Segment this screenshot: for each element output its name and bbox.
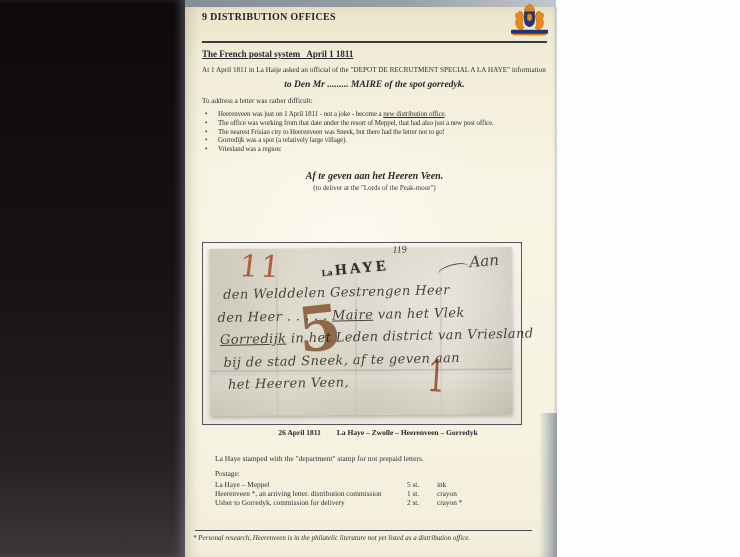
bullet-dot: • xyxy=(205,136,218,145)
intro-paragraph: At 1 April 1811 in La Haije asked an off… xyxy=(202,66,546,74)
bullet-dot: • xyxy=(205,145,218,154)
caption-date: 26 April 1811 xyxy=(278,428,321,437)
cover-frame: 11 119 LaHAYE Aan den Welddelen Gestreng… xyxy=(202,242,522,425)
postage-row: Heerenveen *, an arriving letter. distri… xyxy=(215,489,462,498)
postage-method: ink xyxy=(437,480,462,489)
dutch-phrase: Af te geven aan het Heeren Veen. xyxy=(202,171,547,182)
header-rule xyxy=(202,41,547,43)
postage-method: crayon xyxy=(437,489,462,498)
postage-desc: Usher to Gorredyk, commission for delive… xyxy=(215,498,407,507)
dutch-royal-coat-of-arms-icon xyxy=(510,3,549,39)
bullet-item: •Vriesland was a region: xyxy=(205,145,547,154)
postage-amount: 5 st. xyxy=(407,480,437,489)
salutation-aan: Aan xyxy=(435,251,500,275)
stamp-note: La Haye stamped with the "department" st… xyxy=(215,454,424,463)
postage-row: Usher to Gorredyk, commission for delive… xyxy=(215,498,462,507)
postage-method: crayon * xyxy=(437,498,462,507)
crayon-rate-mark-11: 11 xyxy=(238,249,284,285)
cover-caption: 26 April 1811La Haye – Zwolle – Heerenve… xyxy=(202,428,554,437)
bullet-text: Vriesland was a region: xyxy=(218,145,282,154)
postage-amount: 1 st. xyxy=(407,489,437,498)
pen-flourish xyxy=(437,260,471,281)
bullet-text: The nearest Frisian city to Heerenveen w… xyxy=(218,128,445,137)
postage-label: Postage: xyxy=(215,469,462,478)
postage-desc: Heerenveen *, an arriving letter. distri… xyxy=(215,489,407,498)
postage-row: La Haye – Meppel5 st.ink xyxy=(215,480,462,489)
photo-backdrop-left xyxy=(0,0,185,557)
page-title: 9 DISTRIBUTION OFFICES xyxy=(202,12,336,23)
bullet-text: The office was working from that date un… xyxy=(218,119,494,128)
la-haye-postmark: LaHAYE xyxy=(321,257,390,281)
bullet-item: •Gorredijk was a spot (a relatively larg… xyxy=(205,136,547,145)
photographed-exhibit-page: 9 DISTRIBUTION OFFICES The French postal… xyxy=(0,0,740,557)
postmark-haye: HAYE xyxy=(334,258,389,279)
footnote-text: * Personal research, Heerenveen is in th… xyxy=(193,534,470,542)
bullet-list: •Heerenveen was just on 1 April 1811 - n… xyxy=(205,110,547,154)
difficulty-intro: To address a letter was rather difficult… xyxy=(202,97,313,105)
recipient-line: to Den Mr ......... MAIRE of the spot go… xyxy=(202,80,547,90)
bullet-dot: • xyxy=(205,110,218,119)
postage-amount: 2 st. xyxy=(407,498,437,507)
crayon-mark-1: 1 xyxy=(426,351,447,403)
postage-block: Postage: La Haye – Meppel5 st.inkHeerenv… xyxy=(215,469,462,507)
bullet-text: Heerenveen was just on 1 April 1811 - no… xyxy=(218,110,446,119)
bullet-item: •The nearest Frisian city to Heerenveen … xyxy=(205,128,547,137)
bullet-item: •Heerenveen was just on 1 April 1811 - n… xyxy=(205,110,547,119)
ink-rate-mark-5: 5 xyxy=(294,290,345,367)
bullet-item: •The office was working from that date u… xyxy=(205,119,547,128)
bullet-dot: • xyxy=(205,119,218,128)
postage-desc: La Haye – Meppel xyxy=(215,480,407,489)
postmark-la: La xyxy=(321,267,332,278)
bullet-dot: • xyxy=(205,128,218,137)
postal-cover: 11 119 LaHAYE Aan den Welddelen Gestreng… xyxy=(209,247,512,416)
postage-table: La Haye – Meppel5 st.inkHeerenveen *, an… xyxy=(215,480,462,507)
photo-backdrop-right xyxy=(556,0,740,557)
dutch-translation: (to deliver at the "Lords of the Peak-mo… xyxy=(202,184,547,192)
section-subtitle: The French postal system April 1 1811 xyxy=(202,49,353,59)
footnote-rule xyxy=(195,530,532,531)
bullet-text: Gorredijk was a spot (a relatively large… xyxy=(218,136,347,145)
manuscript-address: den Welddelen Gestrengen Heerden Heer . … xyxy=(217,279,511,398)
department-number-mark: 119 xyxy=(392,244,407,256)
caption-route: La Haye – Zwolle – Heerenveen – Gorredyk xyxy=(337,428,478,437)
